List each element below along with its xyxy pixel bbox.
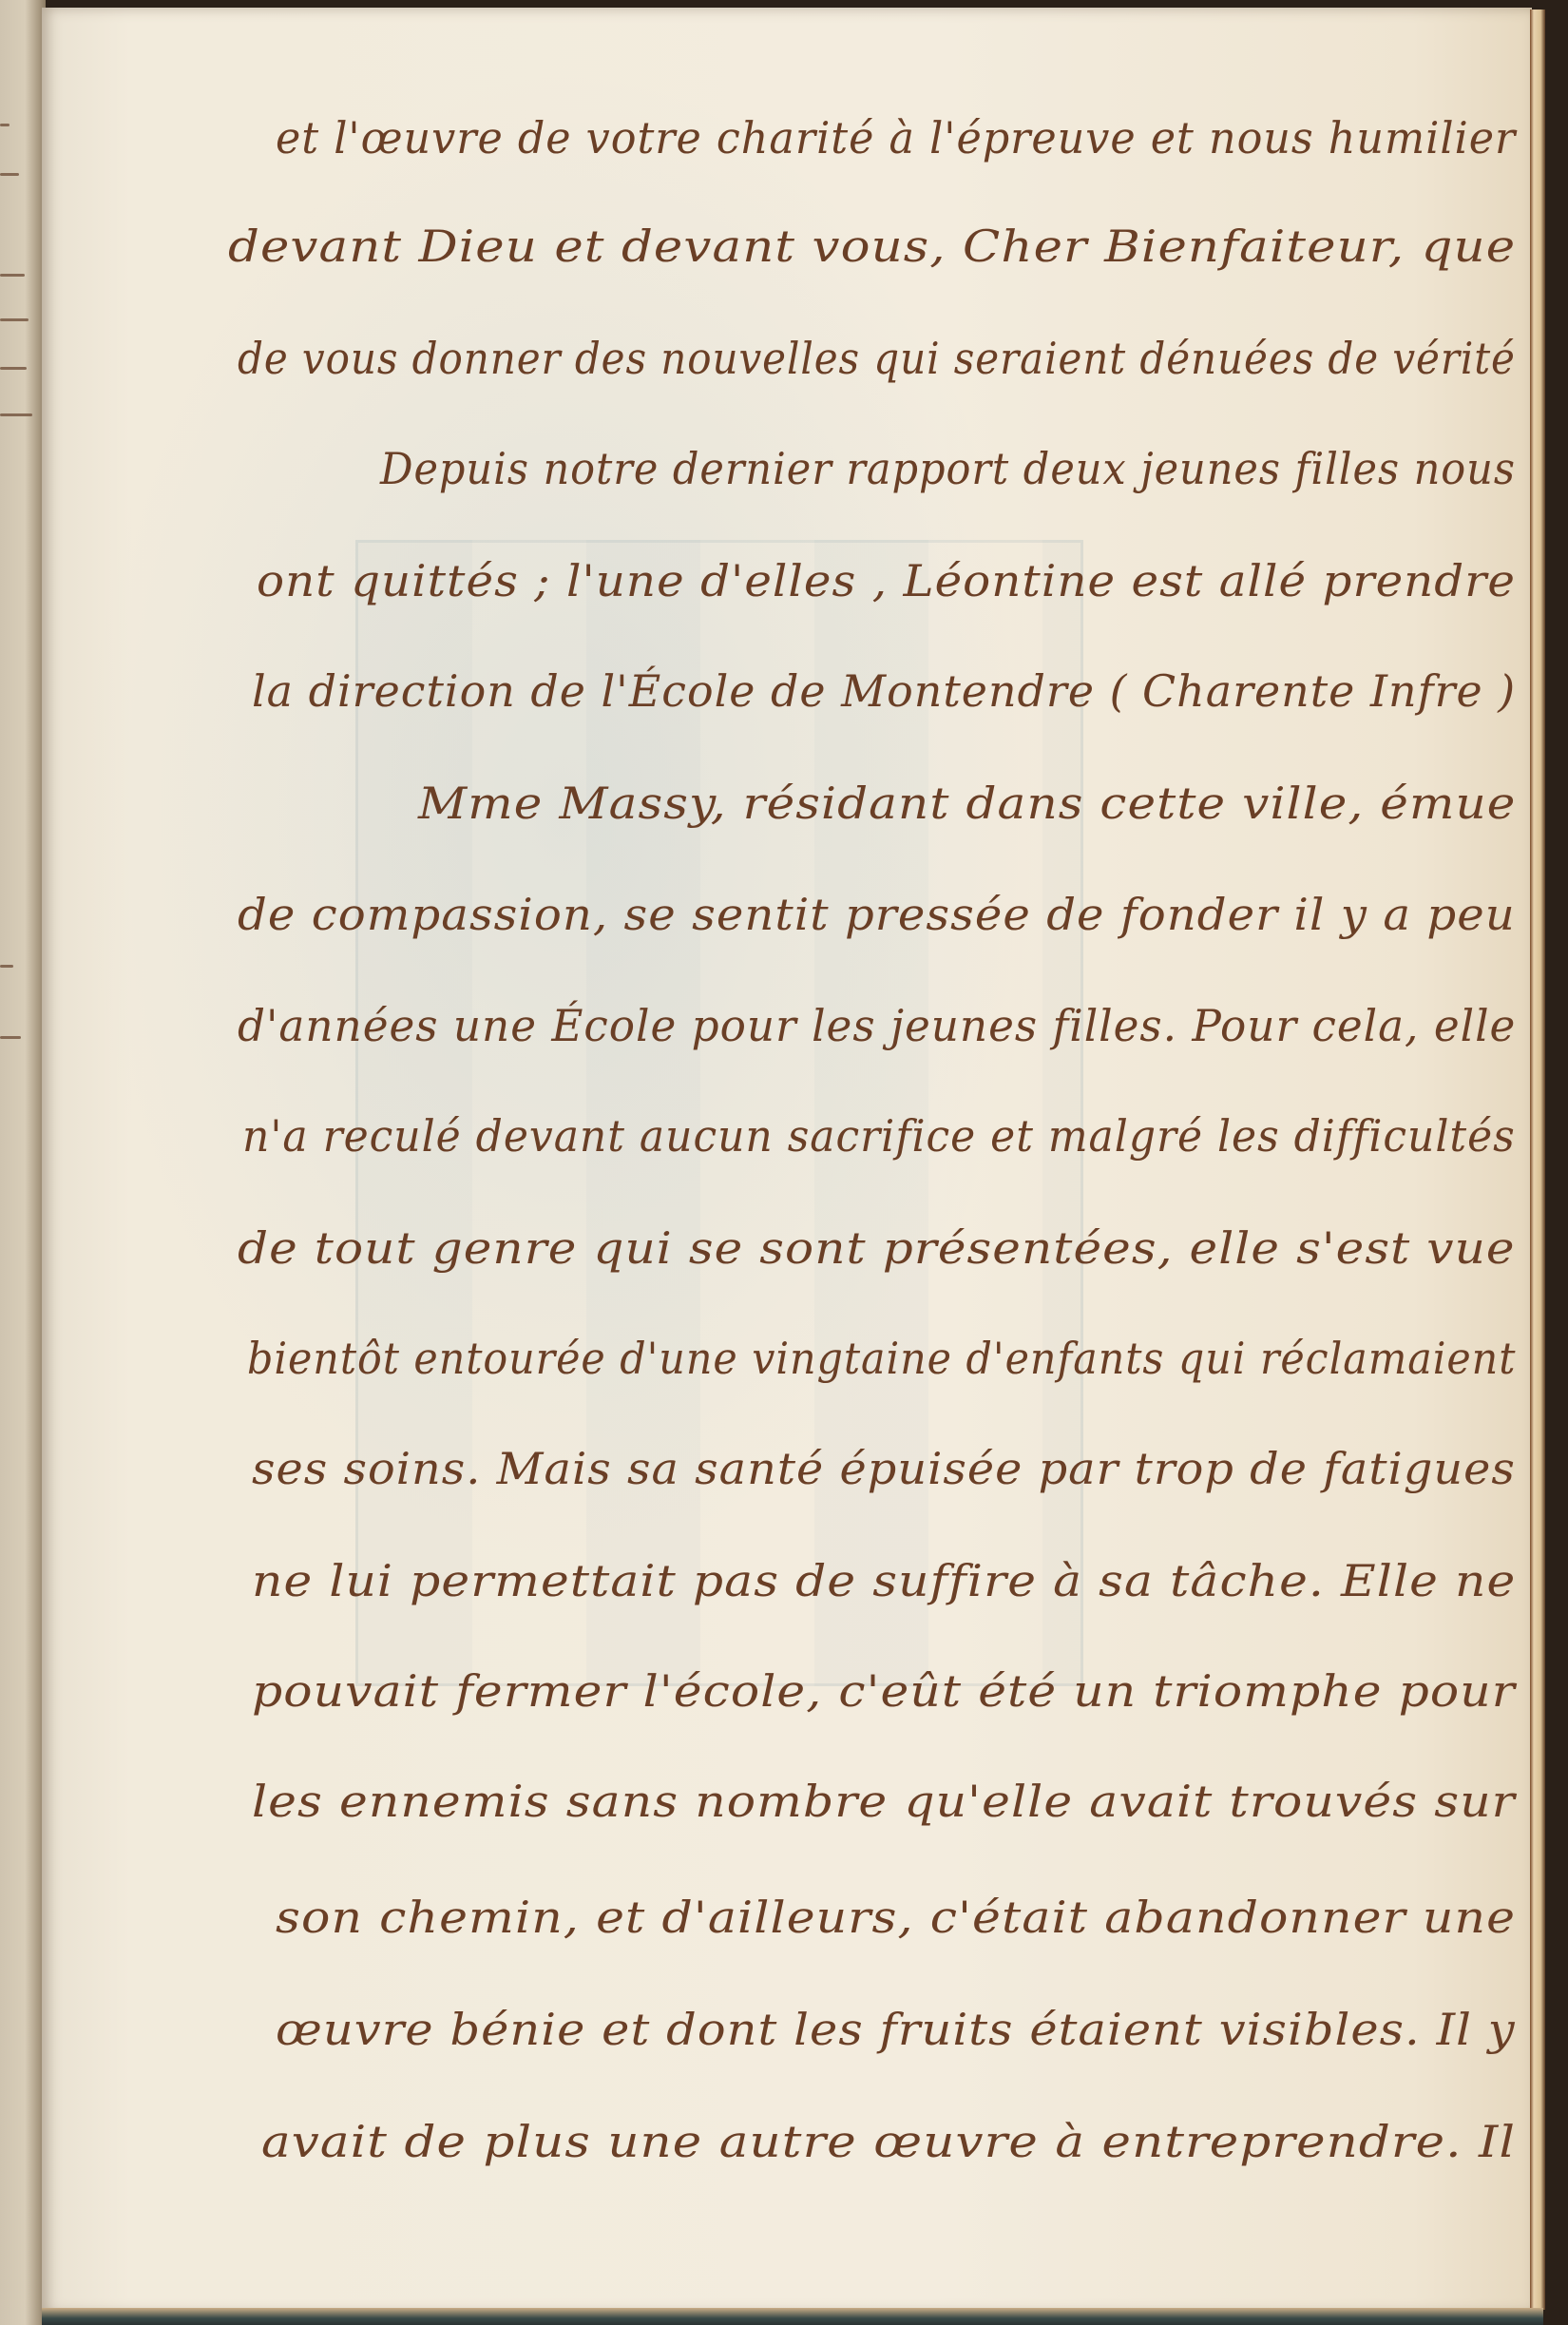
handwritten-text: et l'œuvre de votre charité à l'épreuve … xyxy=(0,0,1568,2325)
text-line: de tout genre qui se sont présentées, el… xyxy=(238,1222,1516,1274)
text-line: la direction de l'École de Montendre ( C… xyxy=(252,665,1516,717)
text-line: devant Dieu et devant vous, Cher Bienfai… xyxy=(228,221,1516,272)
text-line: bientôt entourée d'une vingtaine d'enfan… xyxy=(247,1333,1516,1384)
text-line: d'années une École pour les jeunes fille… xyxy=(238,1000,1516,1051)
text-line: pouvait fermer l'école, c'eût été un tri… xyxy=(252,1665,1516,1717)
text-line: Mme Massy, résidant dans cette ville, ém… xyxy=(418,778,1516,829)
text-line: œuvre bénie et dont les fruits étaient v… xyxy=(276,2004,1516,2055)
text-line: ne lui permettait pas de suffire à sa tâ… xyxy=(252,1555,1516,1606)
text-line: Depuis notre dernier rapport deux jeunes… xyxy=(380,443,1516,494)
text-line: de compassion, se sentit pressée de fond… xyxy=(238,889,1516,940)
text-line: n'a reculé devant aucun sacrifice et mal… xyxy=(242,1110,1516,1162)
text-line: de vous donner des nouvelles qui seraien… xyxy=(238,333,1516,384)
text-line: les ennemis sans nombre qu'elle avait tr… xyxy=(252,1776,1516,1827)
text-line: ont quittés ; l'une d'elles , Léontine e… xyxy=(257,555,1516,606)
text-line: avait de plus une autre œuvre à entrepre… xyxy=(261,2116,1516,2167)
text-line: ses soins. Mais sa santé épuisée par tro… xyxy=(252,1443,1516,1494)
text-line: son chemin, et d'ailleurs, c'était aband… xyxy=(276,1892,1516,1943)
text-line: et l'œuvre de votre charité à l'épreuve … xyxy=(276,112,1516,163)
